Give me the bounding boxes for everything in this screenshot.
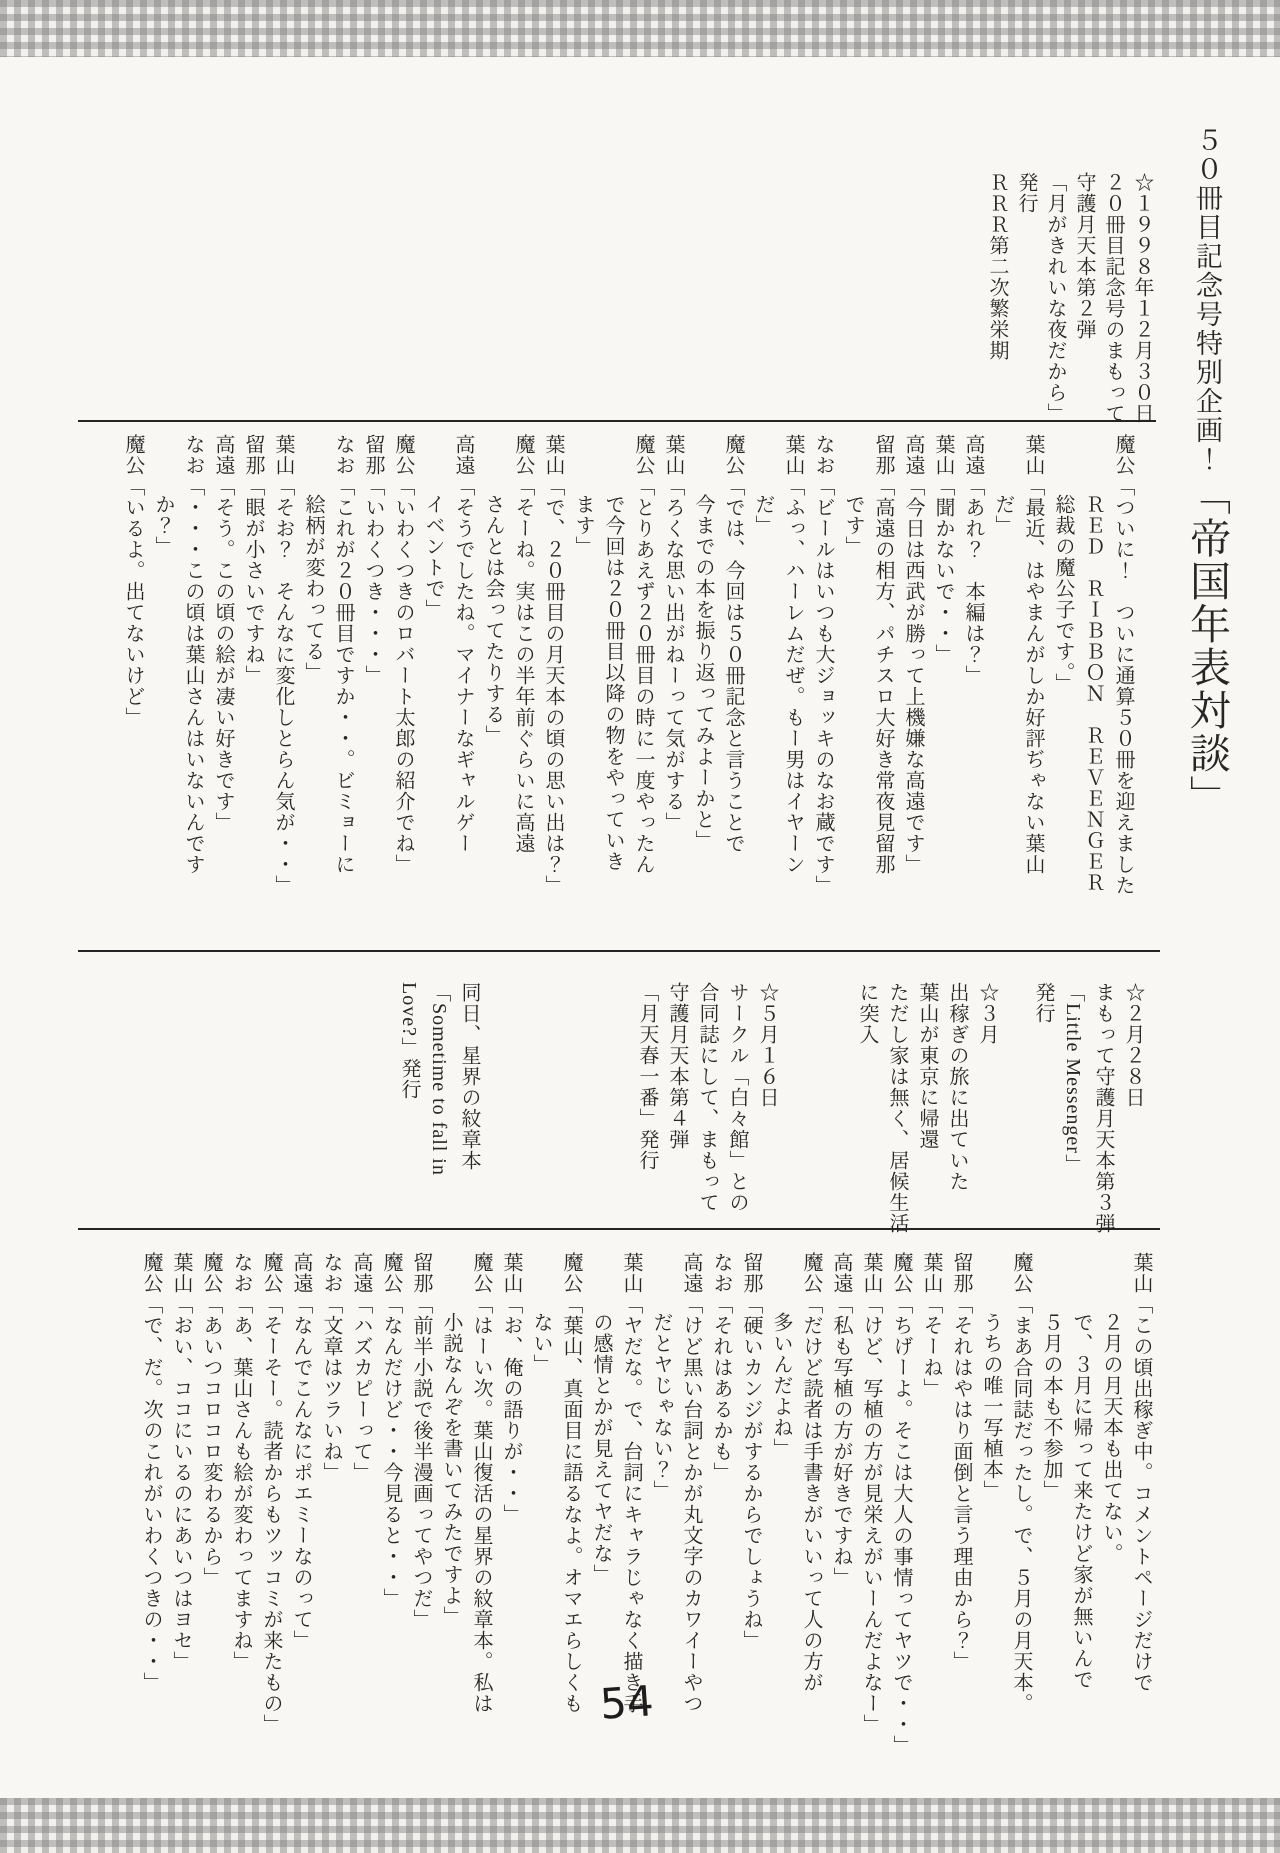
dialogue-utterance: 留那「硬いカンジがするからでしょうね」 [736, 1252, 766, 1796]
dialogue-text: 「あれ？ 本編は？」 [962, 476, 984, 686]
speaker-name: 葉山 [272, 434, 294, 476]
speaker-name: 高遠 [902, 434, 924, 476]
dialogue-utterance: 魔公「ついに！ ついに通算５０冊を迎えましたＲＥＤ ＲＩＢＢＯＮ ＲＥＶＥＮＧＥ… [1048, 434, 1138, 950]
timeline-entry-text: ☆３月出稼ぎの旅に出ていた葉山が東京に帰還ただし家は無く、居候生活に突入 [856, 982, 998, 1234]
speaker-name: 魔公 [632, 434, 654, 476]
timeline-entry: 同日、星界の紋章本「Sometime to fall inLove?」発行 [394, 982, 484, 1244]
speaker-name: 葉山 [662, 434, 684, 476]
dialogue-text: 「聞かないで・・」 [932, 476, 954, 665]
dialogue-text: 「だけど読者は手書きがいいって人の方が多いんだよね」 [770, 1294, 822, 1693]
dialogue-text: 「そう。この頃の絵が凄い好きです」 [212, 476, 234, 833]
speaker-name: 魔公 [140, 1252, 162, 1294]
speaker-name: 葉山 [782, 434, 804, 476]
speaker-name: 高遠 [452, 434, 474, 476]
timeline-entry: ☆５月１６日サークル「白々館」との合同誌にして、まもって守護月天本第４弾「月天春… [632, 982, 782, 1244]
dialogue-text: 「あいつコロコロ変わるから」 [200, 1294, 222, 1588]
dialogue-text: 「硬いカンジがするからでしょうね」 [740, 1294, 762, 1651]
dialogue-utterance: 葉山「そお？ そんなに変化しとらん気が・・」 [268, 434, 298, 950]
speaker-name: 魔公 [260, 1252, 282, 1294]
speaker-name: 留那 [950, 1252, 972, 1294]
dialogue-text: 「はーい次。葉山復活の星界の紋章本。私は小説なんぞを書いてみたですよ」 [440, 1294, 492, 1714]
dialogue-utterance: なお「これが２０冊目ですか・・。ビミョーに絵柄が変わってる」 [298, 434, 358, 950]
dialogue-utterance: 高遠「ハズカピーって」 [346, 1252, 376, 1796]
doujinshi-scanned-page: ５０冊目記念号特別企画！「帝国年表対談」 ☆１９９８年１２月３０日２０冊目記念号… [0, 0, 1280, 1853]
dialogue-text: 「そーね。実はこの半年前ぐらいに高遠さんとは会ってたりする」 [482, 476, 534, 854]
timeline-section: ☆２月２８日まもって守護月天本第３弾「Little Messenger」発行☆３… [394, 982, 1148, 1244]
dialogue-utterance: 葉山「ふっ、ハーレムだぜ。もー男はイヤーンだ」 [748, 434, 808, 950]
speaker-name: 高遠 [962, 434, 984, 476]
dialogue-text: 「ろくな思い出がねーって気がする」 [662, 476, 684, 833]
dialogue-text: 「いわくつきのロバート太郎の紹介でね」 [392, 476, 414, 875]
timeline-entry-text: ☆２月２８日まもって守護月天本第３弾「Little Messenger」発行 [1032, 982, 1144, 1234]
dialogue-text: 「なんだけど・・今見ると・・」 [380, 1294, 402, 1609]
dialogue-utterance: 魔公「そーそー。読者からもツッコミが来たもの」 [256, 1252, 286, 1796]
dialogue-utterance: 魔公「では、今回は５０冊記念と言うことで今までの本を振り返ってみよーかと」 [688, 434, 748, 950]
dialogue-utterance: 留那「高遠の相方、パチスロ大好き常夜見留那です」 [838, 434, 898, 950]
section-divider-2 [78, 950, 1160, 952]
dialogue-text: 「この頃出稼ぎ中。コメントページだけで２月の月天本も出てない。で、３月に帰って来… [1040, 1294, 1152, 1693]
dialogue-text: 「そうでしたね。マイナーなギャルゲーイベントで」 [422, 476, 474, 854]
dialogue-text: 「前半小説で後半漫画ってやつだ」 [410, 1294, 432, 1630]
dialogue-utterance: 魔公「だけど読者は手書きがいいって人の方が多いんだよね」 [766, 1252, 826, 1796]
dialogue-text: 「ふっ、ハーレムだぜ。もー男はイヤーンだ」 [752, 476, 804, 875]
dialogue-utterance: 高遠「私も写植の方が好きですね」 [826, 1252, 856, 1796]
speaker-name: 葉山 [620, 1252, 642, 1294]
speaker-name: なお [230, 1252, 252, 1294]
dialogue-utterance: 魔公「まあ合同誌だったし。で、５月の月天本。うちの唯一写植本」 [976, 1252, 1036, 1796]
speaker-name: 留那 [872, 434, 894, 476]
dialogue-text: 「ちげーよ。そこは大人の事情ってヤツで・・」 [890, 1294, 912, 1756]
dialogue-text: 「それはあるかも」 [710, 1294, 732, 1483]
speaker-name: 葉山 [1022, 434, 1044, 476]
speaker-name: 魔公 [800, 1252, 822, 1294]
timeline-entry: ☆２月２８日まもって守護月天本第３弾「Little Messenger」発行 [1028, 982, 1148, 1244]
dialogue-text: 「これが２０冊目ですか・・。ビミョーに絵柄が変わってる」 [302, 476, 354, 875]
dialogue-text: 「とりあえず２０冊目の時に一度やったんで今回は２０冊目以降の物をやっていきます」 [572, 476, 654, 875]
speaker-name: 高遠 [680, 1252, 702, 1294]
speaker-name: 魔公 [1112, 434, 1134, 476]
speaker-name: なお [182, 434, 204, 476]
dialogue-text: 「おい、ココにいるのにあいつはヨセ」 [170, 1294, 192, 1672]
dialogue-utterance: 魔公「あいつコロコロ変わるから」 [196, 1252, 226, 1796]
dialogue-utterance: 葉山「この頃出稼ぎ中。コメントページだけで２月の月天本も出てない。で、３月に帰っ… [1036, 1252, 1156, 1796]
dialogue-utterance: 葉山「最近、はやまんがしか好評ぢゃない葉山だ」 [988, 434, 1048, 950]
speaker-name: 魔公 [722, 434, 744, 476]
dialogue-text: 「そーそー。読者からもツッコミが来たもの」 [260, 1294, 282, 1735]
timeline-entry: ☆３月出稼ぎの旅に出ていた葉山が東京に帰還ただし家は無く、居候生活に突入 [852, 982, 1002, 1244]
dialogue-text: 「ハズカピーって」 [350, 1294, 372, 1483]
speaker-name: なお [812, 434, 834, 476]
dialogue-text: 「なんでこんなにポエミーなのって」 [290, 1294, 312, 1651]
publication-note-1998: ☆１９９８年１２月３０日２０冊目記念号のまもって守護月天本第２弾「月がきれいな夜… [982, 172, 1156, 444]
speaker-name: 魔公 [122, 434, 144, 476]
dialogue-text: 「けど、写植の方が見栄えがいーんだよなー」 [860, 1294, 882, 1735]
speaker-name: 葉山 [932, 434, 954, 476]
dialogue-utterance: 魔公「なんだけど・・今見ると・・」 [376, 1252, 406, 1796]
dialogue-utterance: 魔公「葉山、真面目に語るなよ。オマエらしくもない」 [526, 1252, 586, 1796]
dialogue-text: 「最近、はやまんがしか好評ぢゃない葉山だ」 [992, 476, 1044, 875]
dialogue-utterance: なお「・・・この頃は葉山さんはいないんですか？」 [148, 434, 208, 950]
speaker-name: 留那 [242, 434, 264, 476]
speaker-name: 魔公 [470, 1252, 492, 1294]
dialogue-utterance: 留那「いわくつき・・・」 [358, 434, 388, 950]
dialogue-text: 「・・・この頃は葉山さんはいないんですか？」 [152, 476, 204, 875]
speaker-name: 高遠 [290, 1252, 312, 1294]
dialogue-utterance: 高遠「なんでこんなにポエミーなのって」 [286, 1252, 316, 1796]
dialogue-utterance: 魔公「そーね。実はこの半年前ぐらいに高遠さんとは会ってたりする」 [478, 434, 538, 950]
dialogue-utterance: なお「ビールはいつも大ジョッキのなお蔵です」 [808, 434, 838, 950]
title-main: 「帝国年表対談」 [1184, 474, 1230, 818]
dialogue-utterance: 高遠「けど黒い台詞とかが丸文字のカワイーやつだとヤじゃない？」 [646, 1252, 706, 1796]
dialogue-text: 「そーね」 [920, 1294, 942, 1399]
speaker-name: 魔公 [392, 434, 414, 476]
dialogue-utterance: 魔公「いわくつきのロバート太郎の紹介でね」 [388, 434, 418, 950]
dialogue-utterance: 魔公「いるよ。出てないけど」 [118, 434, 148, 950]
dialogue-text: 「いるよ。出てないけど」 [122, 476, 144, 728]
dialogue-text: 「いわくつき・・・」 [362, 476, 384, 686]
section-divider-1 [78, 420, 1156, 422]
dialogue-text: 「私も写植の方が好きですね」 [830, 1294, 852, 1588]
dialogue-utterance: 留那「眼が小さいですね」 [238, 434, 268, 950]
dialogue-utterance: 葉山「けど、写植の方が見栄えがいーんだよなー」 [856, 1252, 886, 1796]
dialogue-text: 「ついに！ ついに通算５０冊を迎えましたＲＥＤ ＲＩＢＢＯＮ ＲＥＶＥＮＧＥＲ総… [1052, 476, 1134, 896]
timeline-entry-text: ☆５月１６日サークル「白々館」との合同誌にして、まもって守護月天本第４弾「月天春… [636, 982, 778, 1213]
dialogue-text: 「ビールはいつも大ジョッキのなお蔵です」 [812, 476, 834, 896]
dialogue-utterance: 魔公「で、だ。次のこれがいわくつきの・・」 [136, 1252, 166, 1796]
dialogue-text: 「文章はツラいね」 [320, 1294, 342, 1483]
timeline-entry-text: 同日、星界の紋章本「Sometime to fall inLove?」発行 [398, 982, 480, 1176]
dialogue-section-1: 魔公「ついに！ ついに通算５０冊を迎えましたＲＥＤ ＲＩＢＢＯＮ ＲＥＶＥＮＧＥ… [118, 434, 1138, 950]
dialogue-utterance: 魔公「ちげーよ。そこは大人の事情ってヤツで・・」 [886, 1252, 916, 1796]
article-title: ５０冊目記念号特別企画！「帝国年表対談」 [1185, 126, 1228, 818]
dialogue-utterance: 高遠「そうでしたね。マイナーなギャルゲーイベントで」 [418, 434, 478, 950]
speaker-name: なお [320, 1252, 342, 1294]
dialogue-utterance: 高遠「あれ？ 本編は？」 [958, 434, 988, 950]
dialogue-utterance: 高遠「今日は西武が勝って上機嫌な高遠です」 [898, 434, 928, 950]
dialogue-utterance: 魔公「はーい次。葉山復活の星界の紋章本。私は小説なんぞを書いてみたですよ」 [436, 1252, 496, 1796]
dialogue-text: 「ヤだな。で、台詞にキャラじゃなく描き手の感情とかが見えてヤだな」 [590, 1294, 642, 1714]
dialogue-utterance: 葉山「ろくな思い出がねーって気がする」 [658, 434, 688, 950]
dialogue-text: 「では、今回は５０冊記念と言うことで今までの本を振り返ってみよーかと」 [692, 476, 744, 854]
dialogue-text: 「あ、葉山さんも絵が変わってますね」 [230, 1294, 252, 1672]
speaker-name: 葉山 [1130, 1252, 1152, 1294]
dialogue-utterance: 留那「それはやはり面倒と言う理由から？」 [946, 1252, 976, 1796]
speaker-name: 魔公 [512, 434, 534, 476]
speaker-name: 高遠 [212, 434, 234, 476]
speaker-name: 留那 [362, 434, 384, 476]
gingham-border-top [0, 0, 1280, 57]
dialogue-text: 「で、だ。次のこれがいわくつきの・・」 [140, 1294, 162, 1693]
gingham-border-bottom [0, 1798, 1280, 1853]
speaker-name: なお [332, 434, 354, 476]
dialogue-utterance: 葉山「おい、ココにいるのにあいつはヨセ」 [166, 1252, 196, 1796]
dialogue-utterance: なお「文章はツラいね」 [316, 1252, 346, 1796]
dialogue-text: 「今日は西武が勝って上機嫌な高遠です」 [902, 476, 924, 875]
speaker-name: 葉山 [860, 1252, 882, 1294]
dialogue-text: 「眼が小さいですね」 [242, 476, 264, 686]
dialogue-utterance: なお「それはあるかも」 [706, 1252, 736, 1796]
speaker-name: 魔公 [200, 1252, 222, 1294]
speaker-name: 葉山 [170, 1252, 192, 1294]
dialogue-text: 「まあ合同誌だったし。で、５月の月天本。うちの唯一写植本」 [980, 1294, 1032, 1714]
dialogue-text: 「高遠の相方、パチスロ大好き常夜見留那です」 [842, 476, 894, 875]
speaker-name: 魔公 [380, 1252, 402, 1294]
section-divider-3 [78, 1228, 1160, 1230]
dialogue-utterance: 留那「前半小説で後半漫画ってやつだ」 [406, 1252, 436, 1796]
speaker-name: 高遠 [830, 1252, 852, 1294]
speaker-name: 魔公 [1010, 1252, 1032, 1294]
dialogue-text: 「葉山、真面目に語るなよ。オマエらしくもない」 [530, 1294, 582, 1714]
speaker-name: なお [710, 1252, 732, 1294]
dialogue-utterance: 葉山「聞かないで・・」 [928, 434, 958, 950]
speaker-name: 魔公 [890, 1252, 912, 1294]
dialogue-utterance: なお「あ、葉山さんも絵が変わってますね」 [226, 1252, 256, 1796]
speaker-name: 葉山 [500, 1252, 522, 1294]
speaker-name: 魔公 [560, 1252, 582, 1294]
speaker-name: 留那 [410, 1252, 432, 1294]
dialogue-text: 「で、２０冊目の月天本の頃の思い出は？」 [542, 476, 564, 896]
speaker-name: 葉山 [542, 434, 564, 476]
dialogue-text: 「お、俺の語りが・・」 [500, 1294, 522, 1525]
speaker-name: 高遠 [350, 1252, 372, 1294]
dialogue-utterance: 葉山「そーね」 [916, 1252, 946, 1796]
dialogue-utterance: 葉山「お、俺の語りが・・」 [496, 1252, 526, 1796]
speaker-name: 留那 [740, 1252, 762, 1294]
speaker-name: 葉山 [920, 1252, 942, 1294]
page-number: 54 [598, 1676, 655, 1729]
dialogue-utterance: 魔公「とりあえず２０冊目の時に一度やったんで今回は２０冊目以降の物をやっていきま… [568, 434, 658, 950]
dialogue-utterance: 高遠「そう。この頃の絵が凄い好きです」 [208, 434, 238, 950]
dialogue-text: 「そお？ そんなに変化しとらん気が・・」 [272, 476, 294, 896]
title-prefix: ５０冊目記念号特別企画！ [1192, 126, 1222, 474]
dialogue-utterance: 葉山「で、２０冊目の月天本の頃の思い出は？」 [538, 434, 568, 950]
dialogue-text: 「それはやはり面倒と言う理由から？」 [950, 1294, 972, 1672]
dialogue-text: 「けど黒い台詞とかが丸文字のカワイーやつだとヤじゃない？」 [650, 1294, 702, 1714]
